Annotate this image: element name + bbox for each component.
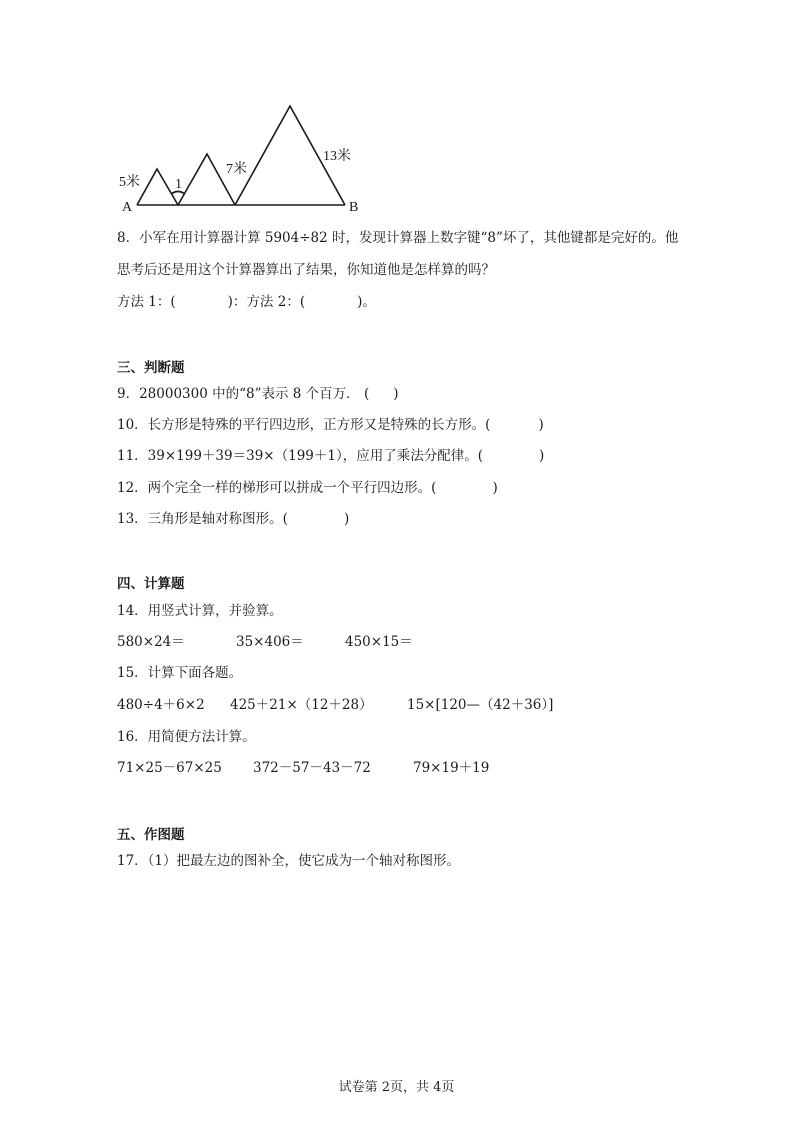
- q13-text: 13．三角形是轴对称图形。(: [117, 511, 288, 527]
- side-13m-label: 13米: [323, 147, 351, 164]
- q16-expr-3: 79×19＋19: [413, 759, 489, 777]
- q15-prompt: 15．计算下面各题。: [117, 664, 242, 682]
- q15-expr-3: 15×[120—（42＋36）]: [407, 696, 553, 714]
- q11-text: 11．39×199＋39＝39×（199＋1），应用了乘法分配律。(: [117, 448, 483, 464]
- q14-expr-2: 35×406＝: [236, 633, 304, 651]
- q11: 11．39×199＋39＝39×（199＋1），应用了乘法分配律。(): [117, 447, 544, 465]
- q9: 9．28000300 中的“8”表示 8 个百万． (): [117, 385, 399, 403]
- q13-close: ): [344, 511, 349, 527]
- q17: 17．（1）把最左边的图补全，使它成为一个轴对称图形。: [117, 852, 460, 870]
- q9-close: ): [393, 386, 398, 402]
- q10-close: ): [538, 417, 543, 433]
- q8-line1: 8．小军在用计算器计算 5904÷82 时，发现计算器上数字键“8”坏了，其他键…: [117, 229, 678, 247]
- q12-text: 12．两个完全一样的梯形可以拼成一个平行四边形。(: [117, 480, 436, 496]
- angle-1-label: 1: [175, 177, 182, 192]
- q10: 10．长方形是特殊的平行四边形，正方形又是特殊的长方形。(): [117, 416, 544, 434]
- point-b-label: B: [349, 200, 358, 215]
- q12: 12．两个完全一样的梯形可以拼成一个平行四边形。(): [117, 479, 498, 497]
- q16-expr-1: 71×25－67×25: [117, 759, 222, 777]
- q16-expr-2: 372－57－43－72: [253, 759, 371, 777]
- q14-expr-3: 450×15＝: [345, 633, 413, 651]
- section5-heading: 五、作图题: [117, 826, 185, 844]
- triangles-figure: A B 5米 1 7米 13米: [110, 95, 370, 220]
- q13: 13．三角形是轴对称图形。(): [117, 510, 349, 528]
- method2-close: )。: [357, 294, 376, 310]
- q14-expr-1: 580×24＝: [117, 633, 185, 651]
- q15-expr-2: 425＋21×（12＋28）: [230, 696, 373, 714]
- q8-methods: 方法 1：()：方法 2：()。: [117, 293, 376, 311]
- side-7m-label: 7米: [226, 160, 247, 177]
- side-5m-label: 5米: [119, 173, 140, 190]
- triangle-small: [137, 169, 178, 205]
- section4-heading: 四、计算题: [117, 575, 185, 593]
- method2-label: 方法 2：(: [246, 294, 305, 310]
- page-footer: 试卷第 2页，共 4页: [0, 1076, 793, 1095]
- q10-text: 10．长方形是特殊的平行四边形，正方形又是特殊的长方形。(: [117, 417, 490, 433]
- q16-prompt: 16．用简便方法计算。: [117, 728, 256, 746]
- q12-close: ): [492, 480, 497, 496]
- q9-text: 9．28000300 中的“8”表示 8 个百万． (: [117, 386, 369, 402]
- q11-close: ): [539, 448, 544, 464]
- q15-expr-1: 480÷4＋6×2: [117, 696, 205, 714]
- section3-heading: 三、判断题: [117, 359, 185, 377]
- q8-line2: 思考后还是用这个计算器算出了结果，你知道他是怎样算的吗？: [117, 261, 495, 279]
- method1-label: 方法 1：(: [117, 294, 176, 310]
- q14-prompt: 14．用竖式计算，并验算。: [117, 602, 283, 620]
- point-a-label: A: [122, 200, 133, 215]
- method1-close: )：: [228, 294, 247, 310]
